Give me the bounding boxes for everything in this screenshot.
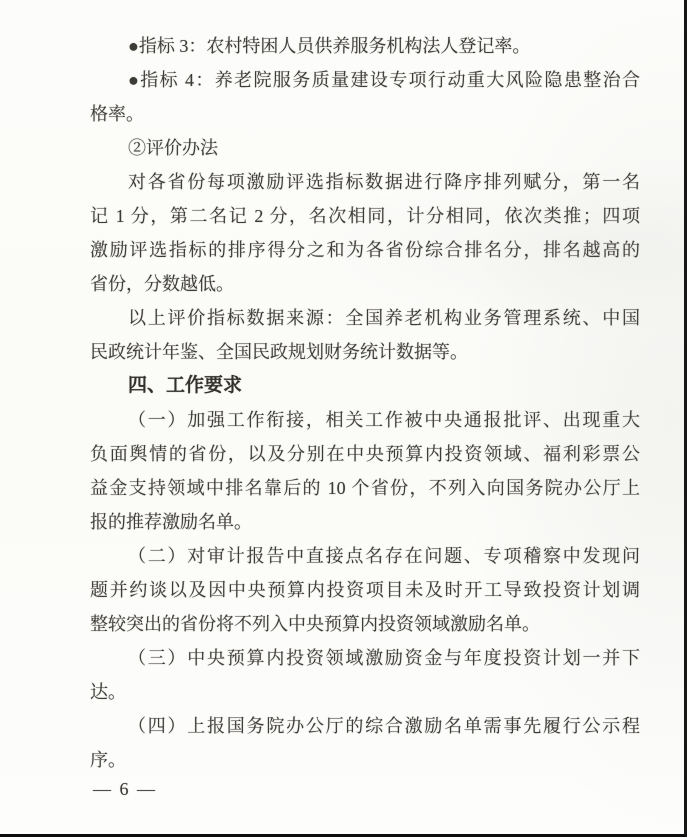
text-line: 民政统计年鉴、全国民政规划财务统计数据等。 [90,335,640,369]
paragraph-indicator-3: ●指标 3：农村特困人员供养服务机构法人登记率。 [90,29,640,63]
text-line: （四）上报国务院办公厅的综合激励名单需事先履行公示程 [90,709,640,743]
paragraph-scoring-rule: 对各省份每项激励评选指标数据进行降序排列赋分，第一名 记 1 分，第二名记 2 … [90,165,640,301]
heading-work-requirements: 四、工作要求 [90,369,640,403]
paragraph-evaluation-method: ②评价办法 [90,131,640,165]
paragraph-data-sources: 以上评价指标数据来源：全国养老机构业务管理系统、中国 民政统计年鉴、全国民政规划… [90,301,640,369]
text-line: 达。 [90,675,640,709]
text-line: 报的推荐激励名单。 [90,505,640,539]
text-line: 题并约谈以及因中央预算内投资项目未及时开工导致投资计划调 [90,573,640,607]
text-line: 记 1 分，第二名记 2 分，名次相同，计分相同，依次类推；四项 [90,199,640,233]
paragraph-indicator-4: ●指标 4：养老院服务质量建设专项行动重大风险隐患整治合 格率。 [90,63,640,131]
text-line: ②评价办法 [90,131,640,165]
paragraph-requirement-2: （二）对审计报告中直接点名存在问题、专项稽察中发现问 题并约谈以及因中央预算内投… [90,539,640,641]
text-line: （三）中央预算内投资领域激励资金与年度投资计划一并下 [90,641,640,675]
text-line: （二）对审计报告中直接点名存在问题、专项稽察中发现问 [90,539,640,573]
document-body: ●指标 3：农村特困人员供养服务机构法人登记率。 ●指标 4：养老院服务质量建设… [90,29,640,777]
text-line: 益金支持领域中排名靠后的 10 个省份，不列入向国务院办公厅上 [90,471,640,505]
text-line: 以上评价指标数据来源：全国养老机构业务管理系统、中国 [90,301,640,335]
paragraph-requirement-1: （一）加强工作衔接，相关工作被中央通报批评、出现重大 负面舆情的省份，以及分别在… [90,403,640,539]
section-heading: 四、工作要求 [90,369,640,403]
text-line: ●指标 4：养老院服务质量建设专项行动重大风险隐患整治合 [90,63,640,97]
text-line: 省份，分数越低。 [90,267,640,301]
paragraph-requirement-4: （四）上报国务院办公厅的综合激励名单需事先履行公示程 序。 [90,709,640,777]
page-number: — 6 — [93,779,157,800]
document-page: ●指标 3：农村特困人员供养服务机构法人登记率。 ●指标 4：养老院服务质量建设… [0,0,687,837]
text-line: ●指标 3：农村特困人员供养服务机构法人登记率。 [90,29,640,63]
text-line: 对各省份每项激励评选指标数据进行降序排列赋分，第一名 [90,165,640,199]
text-line: （一）加强工作衔接，相关工作被中央通报批评、出现重大 [90,403,640,437]
text-line: 负面舆情的省份，以及分别在中央预算内投资领域、福利彩票公 [90,437,640,471]
text-line: 格率。 [90,97,640,131]
text-line: 序。 [90,743,640,777]
text-line: 激励评选指标的排序得分之和为各省份综合排名分，排名越高的 [90,233,640,267]
paragraph-requirement-3: （三）中央预算内投资领域激励资金与年度投资计划一并下 达。 [90,641,640,709]
text-line: 整较突出的省份将不列入中央预算内投资领域激励名单。 [90,607,640,641]
